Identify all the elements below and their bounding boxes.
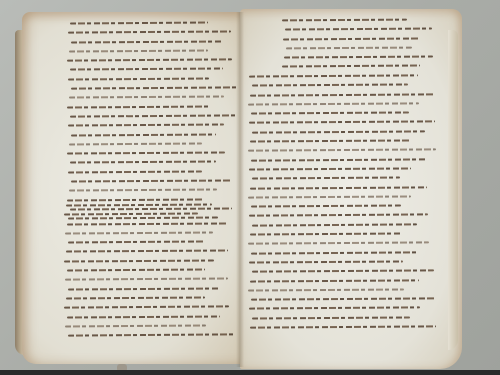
handwritten-line [71, 179, 231, 182]
handwritten-line [250, 140, 410, 143]
handwritten-line [65, 231, 213, 234]
handwritten-line [68, 287, 219, 290]
handwritten-line [65, 324, 206, 327]
handwritten-line [68, 124, 224, 127]
handwritten-line [71, 86, 238, 89]
handwritten-line [248, 102, 419, 105]
handwritten-line [69, 189, 217, 192]
handwritten-line [70, 114, 238, 117]
handwritten-line [283, 37, 420, 40]
handwritten-line [249, 214, 428, 217]
handwritten-line [67, 105, 210, 108]
handwritten-line [68, 31, 231, 34]
handwritten-line [249, 260, 403, 263]
handwritten-line [250, 93, 434, 96]
handwritten-line [67, 315, 220, 318]
handwritten-line [69, 142, 202, 145]
handwritten-line [282, 19, 407, 22]
handwritten-line [64, 259, 214, 262]
handwritten-line [252, 223, 417, 226]
handwritten-line [67, 152, 225, 155]
handwritten-line [252, 130, 425, 133]
left-page-paragraph-1 [67, 22, 237, 227]
right-page-paragraph-2 [248, 75, 438, 335]
handwritten-line [251, 297, 435, 300]
handwritten-line [66, 203, 212, 206]
handwritten-line [70, 161, 216, 164]
handwritten-line [65, 278, 228, 281]
handwritten-line [69, 49, 208, 52]
right-page-paragraph-1 [282, 19, 432, 75]
handwritten-line [69, 96, 224, 99]
handwritten-line [252, 270, 434, 273]
handwritten-line [70, 68, 223, 71]
right-page-stack-edge [448, 30, 458, 350]
handwritten-line [252, 316, 410, 319]
handwritten-line [250, 186, 427, 189]
handwritten-line [251, 158, 426, 161]
handwritten-line [67, 269, 205, 272]
handwritten-line [71, 40, 222, 43]
open-manuscript-book [0, 0, 500, 375]
handwritten-line [250, 325, 436, 328]
handwritten-line [248, 288, 404, 291]
handwritten-line [284, 56, 433, 59]
handwritten-line [249, 167, 411, 170]
handwritten-line [250, 279, 419, 282]
handwritten-line [67, 222, 227, 225]
book-gutter [236, 12, 244, 367]
handwritten-line [248, 149, 436, 152]
handwritten-line [250, 233, 402, 236]
handwritten-line [68, 77, 209, 80]
handwritten-line [68, 334, 235, 337]
handwritten-line [64, 306, 229, 309]
handwritten-line [251, 251, 418, 254]
handwritten-line [249, 307, 420, 310]
handwritten-line [68, 170, 202, 173]
left-page [22, 12, 242, 364]
handwritten-line [249, 74, 418, 77]
right-page [240, 9, 462, 369]
handwritten-line [251, 205, 401, 208]
handwritten-line [248, 195, 411, 198]
bottom-shadow-bar [0, 370, 500, 375]
handwritten-line [286, 46, 412, 49]
handwritten-line [67, 198, 203, 201]
handwritten-line [67, 59, 232, 62]
handwritten-line [252, 84, 408, 87]
handwritten-line [248, 242, 429, 245]
handwritten-line [66, 250, 228, 253]
handwritten-line [252, 177, 400, 180]
handwritten-line [71, 133, 216, 136]
handwritten-line [70, 22, 208, 25]
left-page-paragraph-2 [64, 204, 236, 343]
handwritten-line [285, 28, 432, 31]
handwritten-line [68, 241, 204, 244]
handwritten-line [251, 112, 409, 115]
handwritten-line [66, 296, 205, 299]
handwritten-line [249, 121, 435, 124]
handwritten-line [64, 213, 198, 216]
handwritten-line [282, 65, 420, 68]
